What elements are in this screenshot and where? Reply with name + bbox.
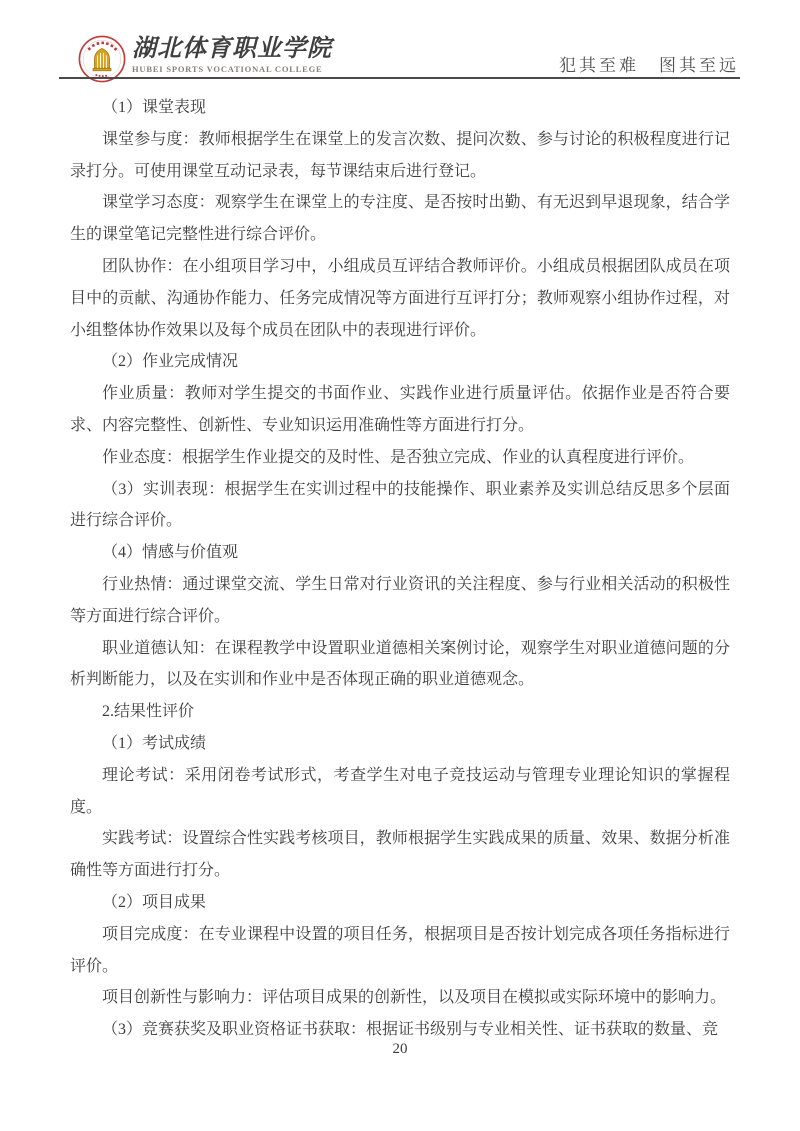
paragraph: （2）作业完成情况	[70, 346, 730, 378]
page-number: 20	[0, 1041, 800, 1058]
letterhead: 湖北体育职业学院 HUBEI SPORTS VOCATIONAL COLLEGE…	[0, 0, 800, 90]
college-name-en: HUBEI SPORTS VOCATIONAL COLLEGE	[132, 64, 332, 74]
college-name-zh: 湖北体育职业学院	[132, 36, 332, 62]
paragraph: 实践考试：设置综合性实践考核项目，教师根据学生实践成果的质量、效果、数据分析准确…	[70, 823, 730, 887]
header-rule	[59, 77, 740, 79]
college-motto: 犯其至难 图其至远	[559, 51, 739, 76]
paragraph: 作业态度：根据学生作业提交的及时性、是否独立完成、作业的认真程度进行评价。	[70, 442, 730, 474]
paragraph: （4）情感与价值观	[70, 537, 730, 569]
paragraph: 课堂学习态度：观察学生在课堂上的专注度、是否按时出勤、有无迟到早退现象，结合学生…	[70, 187, 730, 251]
paragraph: （3）实训表现：根据学生在实训过程中的技能操作、职业素养及实训总结反思多个层面进…	[70, 474, 730, 538]
college-seal-icon	[78, 35, 126, 83]
paragraph: 项目完成度：在专业课程中设置的项目任务，根据项目是否按计划完成各项任务指标进行评…	[70, 919, 730, 983]
paragraph: 理论考试：采用闭卷考试形式，考查学生对电子竞技运动与管理专业理论知识的掌握程度。	[70, 760, 730, 824]
paragraph: （1）课堂表现	[70, 92, 730, 124]
paragraph: （2）项目成果	[70, 887, 730, 919]
document-body: （1）课堂表现课堂参与度：教师根据学生在课堂上的发言次数、提问次数、参与讨论的积…	[70, 92, 730, 1046]
paragraph: 作业质量：教师对学生提交的书面作业、实践作业进行质量评估。依据作业是否符合要求、…	[70, 378, 730, 442]
paragraph: 团队协作：在小组项目学习中，小组成员互评结合教师评价。小组成员根据团队成员在项目…	[70, 251, 730, 346]
paragraph: 2.结果性评价	[70, 696, 730, 728]
paragraph: 项目创新性与影响力：评估项目成果的创新性，以及项目在模拟或实际环境中的影响力。	[70, 982, 730, 1014]
paragraph: （1）考试成绩	[70, 728, 730, 760]
paragraph: 职业道德认知：在课程教学中设置职业道德相关案例讨论，观察学生对职业道德问题的分析…	[70, 633, 730, 697]
paragraph: 行业热情：通过课堂交流、学生日常对行业资讯的关注程度、参与行业相关活动的积极性等…	[70, 569, 730, 633]
document-page: 湖北体育职业学院 HUBEI SPORTS VOCATIONAL COLLEGE…	[0, 0, 800, 1131]
college-name-block: 湖北体育职业学院 HUBEI SPORTS VOCATIONAL COLLEGE	[132, 36, 332, 74]
paragraph: 课堂参与度：教师根据学生在课堂上的发言次数、提问次数、参与讨论的积极程度进行记录…	[70, 124, 730, 188]
